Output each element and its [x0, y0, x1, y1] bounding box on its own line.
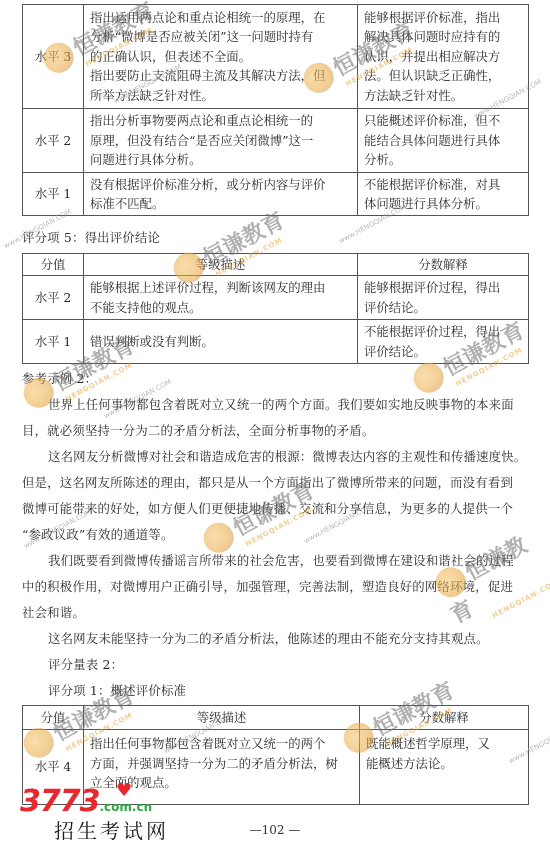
text-line: 分析“微博是否应被关闭”这一问题时持有 — [90, 27, 351, 47]
page-number: —102 — — [0, 823, 550, 837]
text-line: 标准不匹配。 — [90, 194, 351, 214]
text-line: 既能概述哲学原理，又 — [366, 734, 522, 754]
text-line: 不能支持他的观点。 — [90, 298, 351, 318]
explanation-cell: 不能根据评价过程，得出 评价结论。 — [358, 320, 529, 364]
description-cell: 没有根据评价标准分析，或分析内容与评价 标准不匹配。 — [84, 173, 358, 216]
level-cell: 水平 2 — [23, 276, 84, 320]
text-line: 能概述方法论。 — [366, 754, 522, 774]
column-header: 分数解释 — [358, 254, 529, 276]
paragraph-line: 但是，这名网友所陈述的理由，都只是从一个方面指出了微博所带来的问题，而没有看到 — [22, 470, 532, 496]
heart-icon: ♥ — [116, 780, 132, 801]
text-line: 评价结论。 — [364, 342, 522, 362]
column-header: 分数解释 — [360, 706, 529, 730]
text-line: 问题进行具体分析。 — [90, 150, 351, 170]
text-line: 能够根据上述评价过程，判断该网友的理由 — [90, 278, 351, 298]
explanation-cell: 只能概述评价标准，但不 能结合具体问题进行具体 分析。 — [358, 109, 529, 173]
text-line: 认识，并提出相应解决方 — [364, 47, 522, 67]
text-line: 错误判断或没有判断。 — [90, 332, 351, 352]
text-line: 解决具体问题时应持有的 — [364, 27, 522, 47]
paragraph-line: 我们既要看到微博传播谣言所带来的社会危害，也要看到微博在建设和谐社会的过程 — [48, 548, 550, 574]
description-cell: 能够根据上述评价过程，判断该网友的理由 不能支持他的观点。 — [84, 276, 358, 320]
table-row: 水平 3 指出运用两点论和重点论相统一的原理，在 分析“微博是否应被关闭”这一问… — [23, 5, 529, 109]
column-header: 分值 — [23, 706, 84, 730]
grading-table-item5: 分值 等级描述 分数解释 水平 2 能够根据上述评价过程，判断该网友的理由 不能… — [22, 253, 529, 364]
table-row: 水平 2 指出分析事物要两点论和重点论相统一的 原理，但没有结合“是否应关闭微博… — [23, 109, 529, 173]
table-row: 水平 2 能够根据上述评价过程，判断该网友的理由 不能支持他的观点。 能够根据评… — [23, 276, 529, 320]
section-title-item1: 评分项 1：概述评价标准 — [48, 678, 550, 704]
table-header-row: 分值 等级描述 分数解释 — [23, 706, 529, 730]
paragraph-line: 这名网友未能坚持一分为二的矛盾分析法，他陈述的理由不能充分支持其观点。 — [48, 626, 550, 652]
level-cell: 水平 1 — [23, 173, 84, 216]
text-line: 法。但认识缺乏正确性， — [364, 66, 522, 86]
level-cell: 水平 2 — [23, 109, 84, 173]
column-header: 等级描述 — [84, 254, 358, 276]
text-line: 不能根据评价过程，得出 — [364, 322, 522, 342]
text-line: 不能根据评价标准，对具 — [364, 175, 522, 195]
description-cell: 指出分析事物要两点论和重点论相统一的 原理，但没有结合“是否应关闭微博”这一 问… — [84, 109, 358, 173]
table-header-row: 分值 等级描述 分数解释 — [23, 254, 529, 276]
text-line: 指出要防止支流阻碍主流及其解决方法，但 — [90, 66, 351, 86]
paragraph-line: 微博可能带来的好处，如方便人们更便捷地传播、交流和分享信息，为更多的人提供一个 — [22, 496, 532, 522]
description-cell: 错误判断或没有判断。 — [84, 320, 358, 364]
text-line: 的正确认识，但表述不全面。 — [90, 47, 351, 67]
paragraph-line: 中的积极作用，对微博用户正确引导，加强管理，完善法制，塑造良好的网络环境，促进 — [22, 574, 532, 600]
explanation-cell: 不能根据评价标准，对具 体问题进行具体分析。 — [358, 173, 529, 216]
level-cell: 水平 1 — [23, 320, 84, 364]
column-header: 分值 — [23, 254, 84, 276]
document-page: 水平 3 指出运用两点论和重点论相统一的原理，在 分析“微博是否应被关闭”这一问… — [0, 0, 550, 849]
table-row: 水平 1 错误判断或没有判断。 不能根据评价过程，得出 评价结论。 — [23, 320, 529, 364]
table-row: 水平 1 没有根据评价标准分析，或分析内容与评价 标准不匹配。 不能根据评价标准… — [23, 173, 529, 216]
paragraph-line: 社会和谐。 — [22, 600, 532, 626]
text-line: 能够根据评价标准，指出 — [364, 8, 522, 28]
level-cell: 水平 3 — [23, 5, 84, 109]
text-line: 能够根据评价过程，得出 — [364, 278, 522, 298]
text-line: 指出任何事物都包含着既对立又统一的两个 — [90, 734, 353, 754]
section-title-item5: 评分项 5：得出评价结论 — [22, 225, 532, 251]
grading-table-continued: 水平 3 指出运用两点论和重点论相统一的原理，在 分析“微博是否应被关闭”这一问… — [22, 4, 529, 216]
text-line: 原理，但没有结合“是否应关闭微博”这一 — [90, 131, 351, 151]
explanation-cell: 能够根据评价过程，得出 评价结论。 — [358, 276, 529, 320]
text-line: 指出分析事物要两点论和重点论相统一的 — [90, 111, 351, 131]
explanation-cell: 既能概述哲学原理，又 能概述方法论。 — [360, 730, 529, 805]
paragraph-line: 这名网友分析微博对社会和谐造成危害的根源：微博表达内容的主观性和传播速度快。 — [48, 444, 550, 470]
sample-heading: 参考示例 2： — [22, 366, 532, 392]
text-line: 只能概述评价标准，但不 — [364, 111, 522, 131]
text-line: 方面，并强调坚持一分为二的矛盾分析法，树 — [90, 754, 353, 774]
text-line: 评价结论。 — [364, 298, 522, 318]
paragraph-line: “参政议政”有效的通道等。 — [22, 522, 532, 548]
explanation-cell: 能够根据评价标准，指出 解决具体问题时应持有的 认识，并提出相应解决方 法。但认… — [358, 5, 529, 109]
text-line: 分析。 — [364, 150, 522, 170]
text-line: 没有根据评价标准分析，或分析内容与评价 — [90, 175, 351, 195]
scale-title: 评分量表 2： — [48, 652, 550, 678]
text-line: 指出运用两点论和重点论相统一的原理，在 — [90, 8, 351, 28]
paragraph-line: 目，就必须坚持一分为二的矛盾分析法，全面分析事物的矛盾。 — [22, 418, 532, 444]
text-line: 能结合具体问题进行具体 — [364, 131, 522, 151]
